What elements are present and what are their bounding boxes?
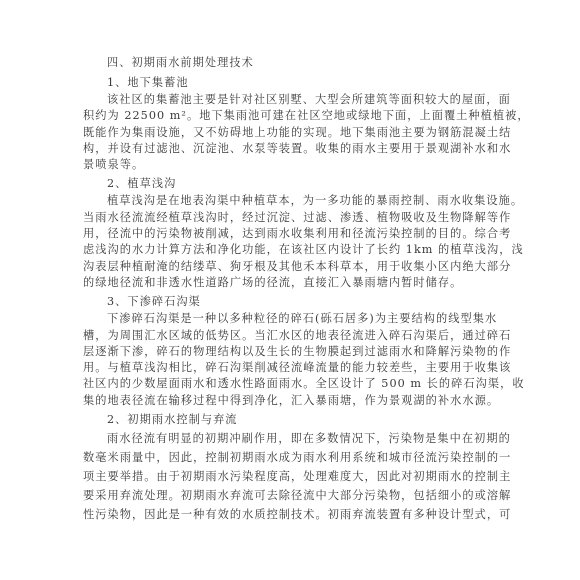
section-initial-rainwater-control: 2、初期雨水控制与弃流 雨水径流有明显的初期冲刷作用，即在多数情况下，污染物是集… [83, 410, 494, 524]
paragraph-line: 下渗碎石沟渠是一种以多种粒径的碎石(砾石居多)为主要结构的线型集水 [83, 311, 494, 327]
subsection-heading-gravel-trench: 3、下渗碎石沟渠 [83, 292, 494, 311]
paragraph-line: 用。与植草浅沟相比，碎石沟渠削减径流峰流量的能力较差些，主要用于收集该 [83, 360, 494, 376]
document-page: 四、初期雨水前期处理技术 1、地下集蓄池 该社区的集蓄池主要是针对社区别墅、大型… [83, 52, 494, 524]
subsection-heading-underground-cistern: 1、地下集蓄池 [83, 73, 494, 92]
paragraph-line: 的绿地径流和非透水性道路广场的径流，直接汇入暴雨塘内暂时储存。 [83, 275, 494, 291]
subsection-heading-grass-swale: 2、植草浅沟 [83, 174, 494, 193]
paragraph-line: 植草浅沟是在地表沟渠中种植草本，为一多功能的暴雨控制、雨水收集设施。 [83, 193, 494, 209]
paragraph-line: 景喷泉等。 [83, 157, 494, 173]
paragraph-line: 当雨水径流流经植草浅沟时，经过沉淀、过滤、渗透、植物吸收及生物降解等作 [83, 210, 494, 226]
paragraph-line: 积约为 22500 m²。地下集雨池可建在社区空地或绿地下面，上面覆土种植植被， [83, 108, 494, 124]
paragraph-line: 集的地表径流在输移过程中得到净化，汇入暴雨塘，作为景观湖的补水水源。 [83, 393, 494, 409]
paragraph-line: 用，径流中的污染物被削减，达到雨水收集利用和径流污染控制的目的。综合考 [83, 226, 494, 242]
paragraph-line: 层逐渐下渗，碎石的物理结构以及生长的生物膜起到过滤雨水和降解污染物的作 [83, 344, 494, 360]
paragraph-line: 槽，为周围汇水区域的低势区。当汇水区的地表径流进入碎石沟渠后，通过碎石 [83, 328, 494, 344]
paragraph-line: 虑浅沟的水力计算方法和净化功能，在该社区内设计了长约 1km 的植草浅沟，浅 [83, 242, 494, 258]
paragraph-line: 要采用弃流处理。初期雨水弃流可去除径流中大部分污染物，包括细小的或溶解 [83, 486, 494, 505]
section-title: 四、初期雨水前期处理技术 [83, 53, 494, 72]
paragraph-line: 构，并设有过滤池、沉淀池、水泵等装置。收集的雨水主要用于景观湖补水和水 [83, 141, 494, 157]
paragraph-line: 性污染物，因此是一种有效的水质控制技术。初雨弃流装置有多种设计型式，可 [83, 505, 494, 524]
paragraph-line: 既能作为集雨设施，又不妨碍地上功能的实现。地下集雨池主要为钢筋混凝土结 [83, 125, 494, 141]
subsection-heading-initial-rainwater-control: 2、初期雨水控制与弃流 [83, 410, 494, 429]
paragraph-line: 社区内的少数屋面雨水和透水性路面雨水。全区设计了 500 m 长的碎石沟渠，收 [83, 376, 494, 392]
paragraph-line: 沟表层种植耐淹的结缕草、狗牙根及其他禾本科草本，用于收集小区内绝大部分 [83, 259, 494, 275]
paragraph-line: 项主要举措。由于初期雨水污染程度高，处理难度大，因此对初期雨水的控制主 [83, 467, 494, 486]
paragraph-line: 雨水径流有明显的初期冲刷作用，即在多数情况下，污染物是集中在初期的 [83, 429, 494, 448]
paragraph-line: 数毫米雨量中，因此，控制初期雨水成为雨水利用系统和城市径流污染控制的一 [83, 448, 494, 467]
paragraph-line: 该社区的集蓄池主要是针对社区别墅、大型会所建筑等面积较大的屋面，面 [83, 92, 494, 108]
